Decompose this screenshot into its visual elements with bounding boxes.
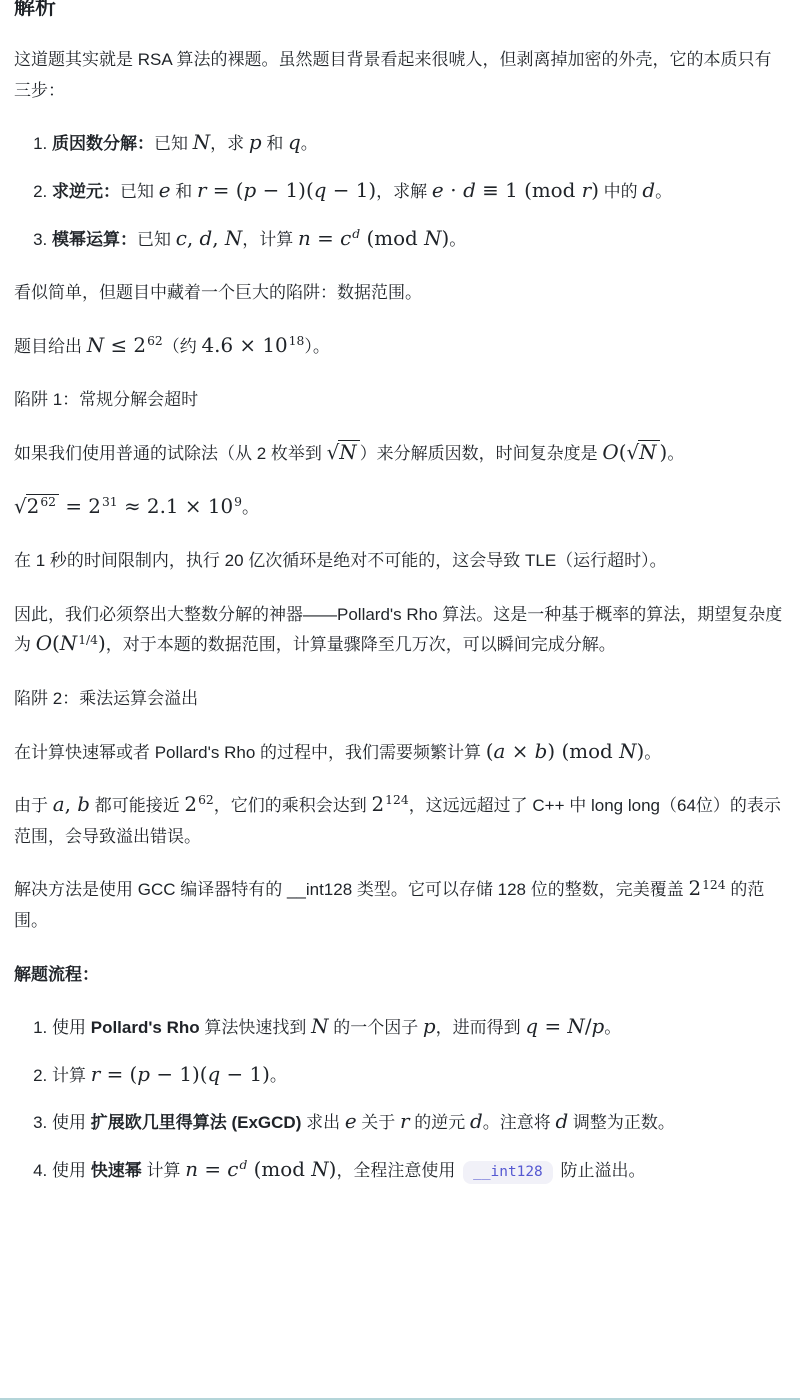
- math-operator: =: [538, 1015, 567, 1038]
- math-variable: N: [567, 1015, 584, 1038]
- text-run: ，它们的乘积会达到: [214, 796, 372, 815]
- math-radicand: 262: [26, 494, 59, 519]
- math-variable: q: [288, 131, 301, 154]
- paragraph: 看似简单，但题目中藏着一个巨大的陷阱：数据范围。: [14, 278, 786, 309]
- math-operator: − 1): [326, 179, 376, 202]
- math-variable: a: [53, 793, 65, 816]
- math-operator: (mod: [247, 1158, 311, 1181]
- math-sqrt: 262: [14, 495, 59, 518]
- bold-text: 解题流程：: [14, 965, 99, 984]
- list-item: 使用 Pollard's Rho 算法快速找到 N 的一个因子 p，进而得到 q…: [52, 1013, 786, 1044]
- math-variable: p: [249, 131, 262, 154]
- text-run: 使用: [52, 1018, 91, 1037]
- paragraph: 题目给出 N ≤ 262（约 4.6 × 1018）。: [14, 332, 786, 363]
- math-variable: b: [535, 740, 548, 763]
- math-operator: ) (mod: [547, 740, 619, 763]
- paragraph: 解决方法是使用 GCC 编译器特有的 __int128 类型。它可以存储 128…: [14, 875, 786, 936]
- text-run: 解决方法是使用 GCC 编译器特有的 __int128 类型。它可以存储 128…: [14, 880, 688, 899]
- math-operator: 2: [27, 495, 40, 518]
- math-variable: d: [470, 1110, 483, 1133]
- math-variable: O: [36, 632, 52, 655]
- text-run: 已知: [137, 230, 176, 249]
- text-run: 。: [667, 444, 684, 463]
- math-variable: r: [582, 179, 592, 202]
- math-inline: a, b: [53, 793, 90, 816]
- math-inline: 4.6 × 1018: [201, 334, 304, 357]
- text-run: 。: [449, 230, 466, 249]
- math-inline: e: [345, 1110, 357, 1133]
- paragraph: 因此，我们必须祭出大整数分解的神器——Pollard's Rho 算法。这是一种…: [14, 600, 786, 661]
- text-run: 和: [262, 134, 288, 153]
- text-run: 的一个因子: [328, 1018, 422, 1037]
- math-variable: c: [227, 1158, 238, 1181]
- math-variable: p: [244, 179, 257, 202]
- math-inline: e: [159, 179, 171, 202]
- math-inline: 2124: [688, 877, 725, 900]
- math-operator: ⋅: [444, 179, 463, 202]
- text-run: 。: [301, 134, 318, 153]
- text-run: 都可能接近: [90, 796, 184, 815]
- math-operator: ≈ 2.1 × 10: [118, 495, 233, 518]
- math-variable: e: [345, 1110, 357, 1133]
- text-run: 看似简单，但题目中藏着一个巨大的陷阱：数据范围。: [14, 283, 422, 302]
- math-superscript: 18: [289, 334, 305, 348]
- math-inline: 2124: [372, 793, 409, 816]
- bold-text: 快速幂: [91, 1161, 142, 1180]
- math-variable: p: [423, 1015, 436, 1038]
- bold-text: 求逆元：: [52, 182, 120, 201]
- math-operator: ≤ 2: [104, 334, 146, 357]
- math-inline: e ⋅ d ≡ 1 (mod r): [432, 179, 599, 202]
- math-superscript: d: [239, 1158, 247, 1172]
- text-run: 的逆元: [410, 1113, 470, 1132]
- math-variable: N: [424, 227, 441, 250]
- inline-code: __int128: [463, 1161, 553, 1184]
- math-variable: r: [400, 1110, 410, 1133]
- math-operator: = 2: [59, 495, 101, 518]
- math-operator: − 1)(: [256, 179, 313, 202]
- text-run: ，求解: [376, 182, 432, 201]
- bold-text: 扩展欧几里得算法 (ExGCD): [91, 1113, 302, 1132]
- list-item: 使用 快速幂 计算 n = cd (mod N)，全程注意使用 __int128…: [52, 1156, 786, 1187]
- math-inline: p: [423, 1015, 436, 1038]
- paragraph: 陷阱 2：乘法运算会溢出: [14, 684, 786, 715]
- math-superscript: d: [352, 227, 360, 241]
- bold-text: 质因数分解：: [52, 134, 154, 153]
- math-superscript: 62: [147, 334, 163, 348]
- math-superscript: 62: [198, 793, 214, 807]
- math-variable: N: [619, 740, 636, 763]
- list-item: 求逆元：已知 e 和 r = (p − 1)(q − 1)，求解 e ⋅ d ≡…: [52, 177, 786, 208]
- text-run: 求出: [301, 1113, 344, 1132]
- math-inline: d: [642, 179, 655, 202]
- text-run: 已知: [154, 134, 193, 153]
- math-variable: c: [340, 227, 351, 250]
- math-operator: =: [311, 227, 340, 250]
- text-run: 已知: [120, 182, 159, 201]
- math-variable: N: [639, 441, 656, 464]
- paragraph: 262 = 231 ≈ 2.1 × 109。: [14, 493, 786, 524]
- math-variable: p: [592, 1015, 605, 1038]
- math-inline: N: [193, 131, 210, 154]
- math-superscript: 124: [702, 878, 726, 892]
- math-operator: /: [585, 1015, 592, 1038]
- math-variable: d: [463, 179, 476, 202]
- math-superscript: 9: [234, 495, 242, 509]
- math-inline: d: [555, 1110, 568, 1133]
- math-operator: 2: [688, 877, 701, 900]
- math-operator: ×: [505, 740, 534, 763]
- text-run: 关于: [357, 1113, 400, 1132]
- math-variable: q: [314, 179, 327, 202]
- math-variable: d: [642, 179, 655, 202]
- paragraph: 在计算快速幂或者 Pollard's Rho 的过程中，我们需要频繁计算 (a …: [14, 738, 786, 769]
- math-inline: N: [327, 441, 360, 464]
- math-inline: n = cd (mod N): [298, 227, 449, 250]
- paragraph: 由于 a, b 都可能接近 262，它们的乘积会达到 2124，这远远超过了 C…: [14, 791, 786, 852]
- math-operator: = (: [206, 179, 243, 202]
- ordered-list: 使用 Pollard's Rho 算法快速找到 N 的一个因子 p，进而得到 q…: [14, 1013, 786, 1186]
- math-inline: N: [311, 1015, 328, 1038]
- math-operator: ,: [212, 227, 225, 250]
- math-inline: q = N/p: [525, 1015, 604, 1038]
- text-run: ，进而得到: [436, 1018, 526, 1037]
- text-run: 调整为正数。: [568, 1113, 675, 1132]
- math-operator: (mod: [360, 227, 424, 250]
- text-run: 计算: [52, 1066, 91, 1085]
- text-run: （约: [163, 337, 202, 356]
- text-run: ，全程注意使用: [336, 1161, 460, 1180]
- article: 解析这道题其实就是 RSA 算法的裸题。虽然题目背景看起来很唬人，但剥离掉加密的…: [0, 0, 800, 1210]
- math-inline: c, d, N: [176, 227, 243, 250]
- math-variable: r: [91, 1063, 101, 1086]
- math-inline: r = (p − 1)(q − 1): [197, 179, 376, 202]
- math-inline: r: [400, 1110, 410, 1133]
- math-operator: − 1)(: [150, 1063, 207, 1086]
- paragraph: 在 1 秒的时间限制内，执行 20 亿次循环是绝对不可能的，这会导致 TLE（运…: [14, 546, 786, 577]
- math-operator: ,: [65, 793, 78, 816]
- page-title: 解析: [14, 0, 786, 21]
- text-run: 由于: [14, 796, 53, 815]
- math-superscript: 124: [385, 793, 409, 807]
- math-operator: (: [52, 632, 60, 655]
- text-run: 。: [242, 498, 259, 517]
- math-variable: N: [87, 334, 104, 357]
- math-inline: n = cd (mod N): [185, 1158, 336, 1181]
- math-variable: q: [207, 1063, 220, 1086]
- text-run: 题目给出: [14, 337, 87, 356]
- math-operator: 2: [372, 793, 385, 816]
- paragraph: 解题流程：: [14, 960, 786, 991]
- text-run: 在 1 秒的时间限制内，执行 20 亿次循环是绝对不可能的，这会导致 TLE（运…: [14, 551, 667, 570]
- math-operator: (: [486, 740, 494, 763]
- math-variable: e: [159, 179, 171, 202]
- math-variable: a: [494, 740, 506, 763]
- text-run: 。: [604, 1018, 621, 1037]
- paragraph: 如果我们使用普通的试除法（从 2 枚举到 N）来分解质因数，时间复杂度是 O(N…: [14, 439, 786, 470]
- math-superscript: 62: [40, 495, 56, 509]
- math-variable: q: [525, 1015, 538, 1038]
- math-variable: N: [193, 131, 210, 154]
- text-run: 这道题其实就是 RSA 算法的裸题。虽然题目背景看起来很唬人，但剥离掉加密的外壳…: [14, 50, 771, 100]
- math-operator: − 1): [220, 1063, 270, 1086]
- math-inline: O(N): [602, 441, 667, 464]
- math-variable: d: [555, 1110, 568, 1133]
- math-variable: N: [311, 1015, 328, 1038]
- math-inline: q: [288, 131, 301, 154]
- math-variable: N: [60, 632, 77, 655]
- text-run: 。注意将: [483, 1113, 556, 1132]
- math-superscript: 31: [102, 495, 118, 509]
- math-operator: 4.6 × 10: [201, 334, 287, 357]
- text-run: 使用: [52, 1113, 91, 1132]
- math-operator: =: [198, 1158, 227, 1181]
- math-variable: O: [602, 441, 618, 464]
- math-operator: = (: [100, 1063, 137, 1086]
- math-operator: 2: [184, 793, 197, 816]
- math-inline: (a × b) (mod N): [486, 740, 645, 763]
- ordered-list: 质因数分解：已知 N，求 p 和 q。求逆元：已知 e 和 r = (p − 1…: [14, 129, 786, 255]
- text-run: ，求: [210, 134, 249, 153]
- paragraph: 陷阱 1：常规分解会超时: [14, 385, 786, 416]
- text-run: 解析: [14, 0, 56, 19]
- math-inline: r = (p − 1)(q − 1): [91, 1063, 270, 1086]
- list-item: 模幂运算：已知 c, d, N，计算 n = cd (mod N)。: [52, 225, 786, 256]
- text-run: 和: [171, 182, 197, 201]
- math-variable: n: [185, 1158, 198, 1181]
- text-run: 算法快速找到: [200, 1018, 311, 1037]
- text-run: 。: [644, 743, 661, 762]
- math-operator: ,: [187, 227, 200, 250]
- math-variable: d: [200, 227, 213, 250]
- math-variable: N: [339, 441, 356, 464]
- math-radicand: N: [338, 440, 359, 465]
- math-operator: ): [591, 179, 599, 202]
- text-run: 如果我们使用普通的试除法（从 2 枚举到: [14, 444, 327, 463]
- math-radicand: N: [638, 440, 659, 465]
- paragraph: 这道题其实就是 RSA 算法的裸题。虽然题目背景看起来很唬人，但剥离掉加密的外壳…: [14, 45, 786, 106]
- math-variable: n: [298, 227, 311, 250]
- text-run: 在计算快速幂或者 Pollard's Rho 的过程中，我们需要频繁计算: [14, 743, 486, 762]
- math-variable: c: [176, 227, 187, 250]
- math-sqrt: N: [327, 441, 360, 464]
- text-run: 防止溢出。: [556, 1161, 646, 1180]
- list-item: 计算 r = (p − 1)(q − 1)。: [52, 1061, 786, 1092]
- math-inline: 262: [184, 793, 213, 816]
- math-inline: O(N1/4): [36, 632, 106, 655]
- math-inline: 262 = 231 ≈ 2.1 × 109: [14, 495, 242, 518]
- math-inline: N ≤ 262: [87, 334, 163, 357]
- list-item: 使用 扩展欧几里得算法 (ExGCD) 求出 e 关于 r 的逆元 d。注意将 …: [52, 1108, 786, 1139]
- text-run: 使用: [52, 1161, 91, 1180]
- math-variable: N: [311, 1158, 328, 1181]
- math-superscript: 1/4: [78, 633, 98, 647]
- math-inline: p: [249, 131, 262, 154]
- math-variable: e: [432, 179, 444, 202]
- text-run: 计算: [142, 1161, 185, 1180]
- math-operator: ≡ 1 (mod: [476, 179, 582, 202]
- text-run: ，对于本题的数据范围，计算量骤降至几万次，可以瞬间完成分解。: [106, 635, 616, 654]
- math-variable: p: [137, 1063, 150, 1086]
- math-variable: b: [77, 793, 90, 816]
- text-run: 。: [270, 1066, 287, 1085]
- math-operator: ): [98, 632, 106, 655]
- math-inline: d: [470, 1110, 483, 1133]
- text-run: ）来分解质因数，时间复杂度是: [360, 444, 603, 463]
- text-run: 陷阱 2：乘法运算会溢出: [14, 689, 198, 708]
- math-variable: N: [225, 227, 242, 250]
- list-item: 质因数分解：已知 N，求 p 和 q。: [52, 129, 786, 160]
- bold-text: Pollard's Rho: [91, 1018, 200, 1037]
- math-sqrt: N: [626, 441, 659, 464]
- text-run: 。: [655, 182, 672, 201]
- bold-text: 模幂运算：: [52, 230, 137, 249]
- text-run: 中的: [599, 182, 642, 201]
- text-run: 陷阱 1：常规分解会超时: [14, 390, 198, 409]
- text-run: ）。: [304, 337, 330, 356]
- text-run: ，计算: [242, 230, 298, 249]
